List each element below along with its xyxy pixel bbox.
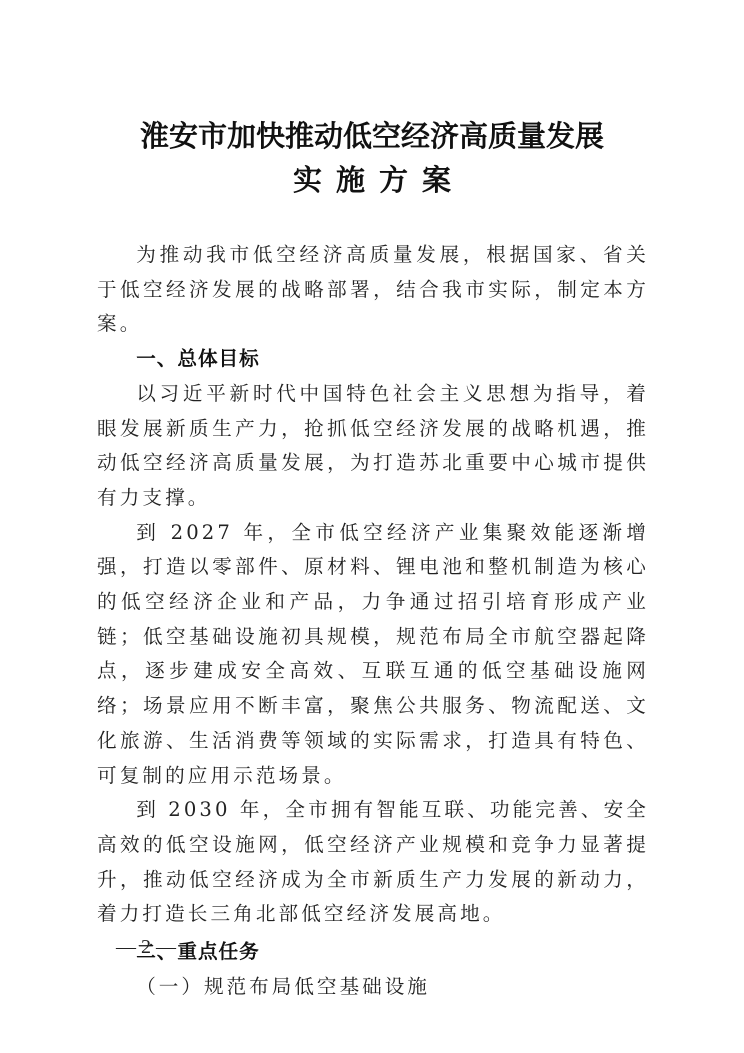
section-heading-key-tasks: 二、重点任务: [97, 935, 649, 970]
document-body: 为推动我市低空经济高质量发展，根据国家、省关于低空经济发展的战略部署，结合我市实…: [97, 238, 649, 1004]
document-subtitle: 实施方案: [0, 162, 744, 198]
document-page: 淮安市加快推动低空经济高质量发展 实施方案 为推动我市低空经济高质量发展，根据国…: [0, 0, 744, 1053]
goals-paragraph-2030: 到 2030 年，全市拥有智能互联、功能完善、安全高效的低空设施网，低空经济产业…: [97, 793, 649, 932]
subsection-heading-infrastructure: （一）规范布局低空基础设施: [97, 970, 649, 1005]
page-number: — 2 —: [116, 935, 176, 959]
section-heading-overall-goals: 一、总体目标: [97, 342, 649, 377]
goals-paragraph-guiding: 以习近平新时代中国特色社会主义思想为指导，着眼发展新质生产力，抢抓低空经济发展的…: [97, 377, 649, 516]
goals-paragraph-2027: 到 2027 年，全市低空经济产业集聚效能逐渐增强，打造以零部件、原材料、锂电池…: [97, 516, 649, 794]
document-title: 淮安市加快推动低空经济高质量发展: [0, 118, 744, 154]
intro-paragraph: 为推动我市低空经济高质量发展，根据国家、省关于低空经济发展的战略部署，结合我市实…: [97, 238, 649, 342]
